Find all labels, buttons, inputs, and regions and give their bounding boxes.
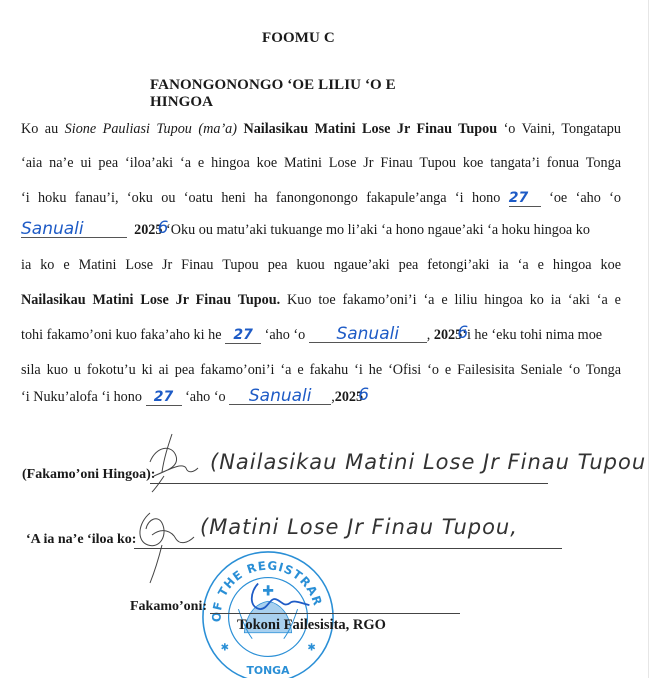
text: , xyxy=(427,327,434,343)
applicant-handwritten-name: (Nailasikau Matini Lose Jr Finau Tupou xyxy=(210,450,646,474)
text: ‘o Vaini, Tongatapu xyxy=(497,121,621,137)
witness-name: Tokoni Failesisita, RGO xyxy=(237,617,386,634)
body-line-9: ‘i Nuku’alofa ‘i hono 27 ‘aho ‘o Sanuali… xyxy=(21,388,621,406)
document-heading: FANONGONONGO ‘OE LILIU ‘O E HINGOA xyxy=(150,77,450,111)
text: ‘oe ‘aho ‘o xyxy=(549,190,621,206)
text: ‘aho ‘o xyxy=(261,327,309,343)
year-correction: 6 xyxy=(158,219,169,237)
year-field: 20256 xyxy=(434,327,462,343)
svg-text:TONGA: TONGA xyxy=(247,664,291,677)
svg-text:✚: ✚ xyxy=(262,583,274,598)
handwritten-day-field: 27 xyxy=(225,327,261,344)
body-line-7: tohi fakamo’oni kuo faka’aho ki he 27 ‘a… xyxy=(21,326,621,344)
text: Kuo toe fakamo’oni’i ‘a e liliu hingoa k… xyxy=(280,292,621,308)
text: ‘Oku ou matu’aki tukuange mo li’aki ‘a h… xyxy=(162,222,589,238)
witness-label: Fakamo’oni: xyxy=(130,599,207,615)
handwritten-month-field: Sanuali xyxy=(21,221,127,238)
handwritten-month-field: Sanuali xyxy=(229,388,331,405)
year-correction: 6 xyxy=(457,324,468,342)
new-name: Nailasikau Matini Lose Jr Finau Tupou xyxy=(237,121,497,137)
svg-text:✱: ✱ xyxy=(221,643,229,654)
body-line-2: ‘aia na’e ui pea ‘iloa’aki ‘a e hingoa k… xyxy=(21,154,621,172)
year-field: 20256 xyxy=(134,222,162,238)
witness-signature-line xyxy=(210,613,460,614)
known-as-handwritten-name: (Matini Lose Jr Finau Tupou, xyxy=(200,515,518,539)
applicant-signature-label: (Fakamo’oni Hingoa): xyxy=(22,467,155,483)
body-line-3: ‘i hoku fanau’i, ‘oku ou ‘oatu heni ha f… xyxy=(21,189,621,207)
body-line-6: Nailasikau Matini Lose Jr Finau Tupou. K… xyxy=(21,291,621,309)
previous-name: Sione Pauliasi Tupou (ma’a) xyxy=(65,121,237,137)
form-label: FOOMU C xyxy=(262,30,382,47)
svg-text:✱: ✱ xyxy=(307,643,315,654)
year-field: 20256 xyxy=(335,389,363,405)
text: ‘i hoku fanau’i, ‘oku ou ‘oatu heni ha f… xyxy=(21,190,500,206)
text: ‘i he ‘eku tohi nima moe xyxy=(462,327,602,343)
known-as-label: ‘A ia na’e ‘iloa ko: xyxy=(26,532,136,548)
handwritten-month-field: Sanuali xyxy=(309,326,427,343)
body-line-8: sila kuo u fokotu’u ki ai pea fakamo’oni… xyxy=(21,361,621,379)
page-edge xyxy=(648,0,649,678)
body-line-4: Sanuali 20256 ‘Oku ou matu’aki tukuange … xyxy=(21,221,621,239)
handwritten-day-field: 27 xyxy=(509,190,541,207)
year-correction: 6 xyxy=(358,386,369,404)
new-name: Nailasikau Matini Lose Jr Finau Tupou. xyxy=(21,292,280,308)
text: Ko au xyxy=(21,121,65,137)
handwritten-day-field: 27 xyxy=(146,389,182,406)
signature-scribble-icon xyxy=(142,432,212,494)
text: ‘i Nuku’alofa ‘i hono xyxy=(21,389,146,405)
text: tohi fakamo’oni kuo faka’aho ki he xyxy=(21,327,225,343)
body-line-1: Ko au Sione Pauliasi Tupou (ma’a) Nailas… xyxy=(21,120,621,138)
body-line-5: ia ko e Matini Lose Jr Finau Tupou pea k… xyxy=(21,256,621,274)
signature-scribble-icon xyxy=(132,505,202,585)
text: ‘aho ‘o xyxy=(182,389,230,405)
